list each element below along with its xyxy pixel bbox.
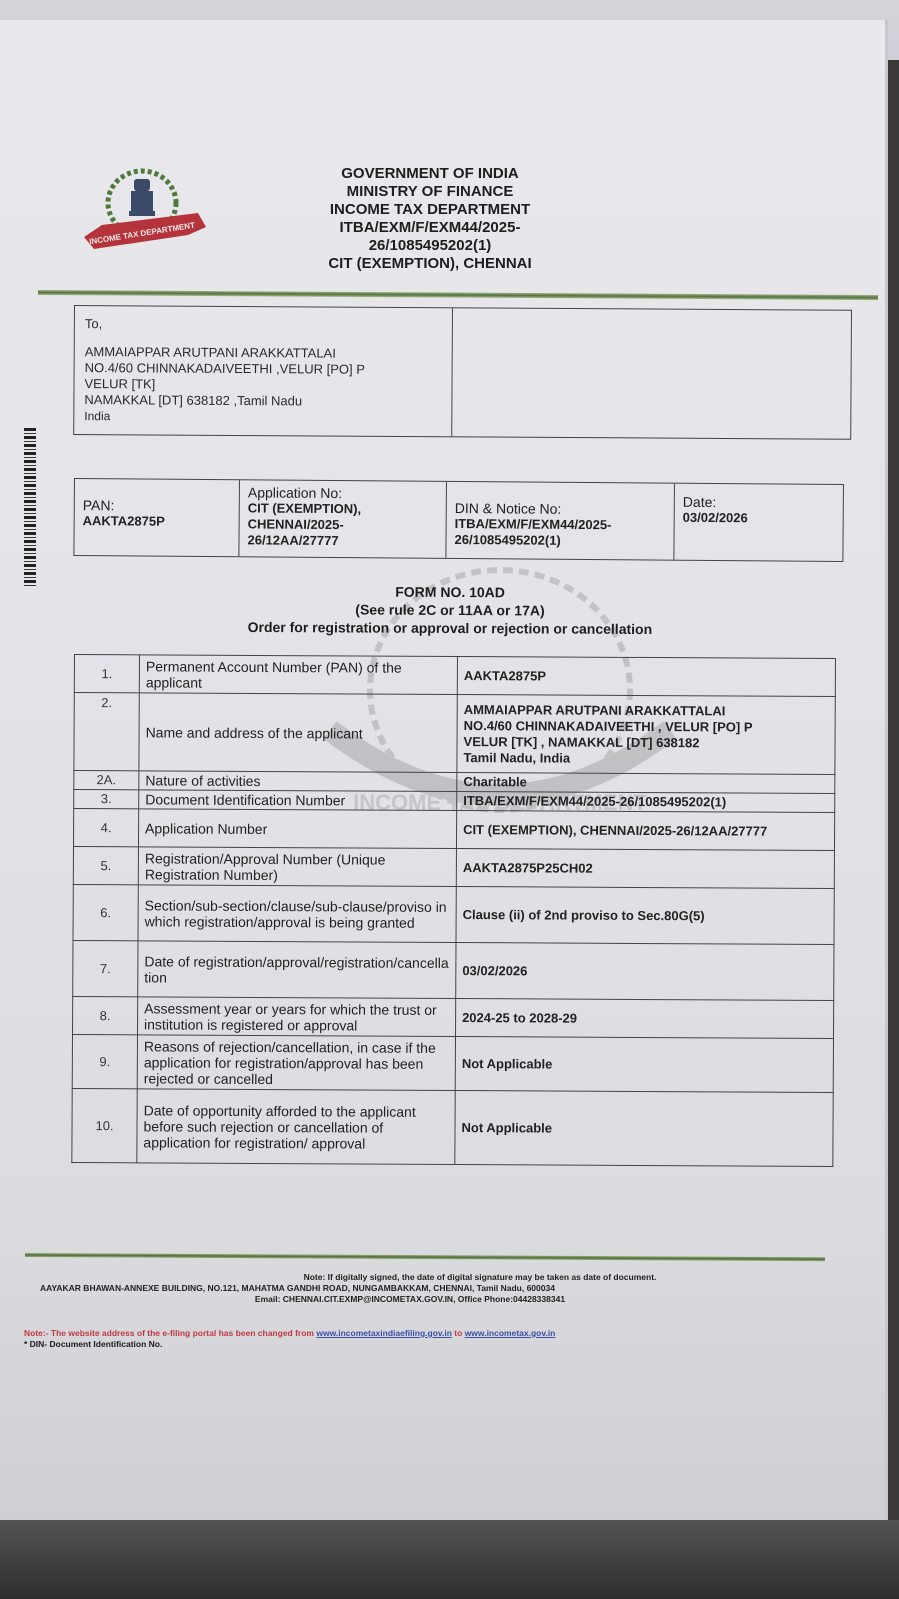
income-tax-emblem-icon: INCOME TAX DEPARTMENT [80, 165, 210, 260]
to-word: to [454, 1328, 462, 1338]
din-footnote: * DIN- Document Identification No. [24, 1339, 744, 1350]
row-value: AAKTA2875P [457, 657, 835, 697]
address-line: India [84, 408, 441, 426]
row-description: Application Number [138, 809, 456, 849]
table-row: 8. Assessment year or years for which th… [73, 996, 834, 1038]
value-line: AMMAIAPPAR ARUTPANI ARAKKATTALAI [464, 702, 829, 720]
recipient-box-empty-cell [452, 308, 851, 438]
table-row: 7. Date of registration/approval/registr… [73, 940, 834, 1000]
header-line-ministry: MINISTRY OF FINANCE [300, 183, 560, 201]
portal-change-note: Note:- The website address of the e-fili… [24, 1328, 744, 1339]
table-row: 4. Application Number CIT (EXEMPTION), C… [73, 809, 834, 851]
table-row: 9. Reasons of rejection/cancellation, in… [72, 1034, 833, 1092]
row-number: 2A. [74, 771, 139, 790]
row-value: AAKTA2875P25CH02 [456, 849, 834, 889]
row-number: 1. [74, 655, 139, 693]
row-number: 5. [73, 847, 138, 885]
pan-label: PAN: [83, 497, 231, 514]
row-description: Registration/Approval Number (Unique Reg… [138, 847, 456, 887]
din-value-line: ITBA/EXM/F/EXM44/2025- [455, 516, 666, 534]
portal-note-text: Note:- The website address of the e-fili… [24, 1328, 314, 1338]
digital-signature-note: Note: If digitally signed, the date of d… [40, 1272, 780, 1283]
application-value-line: 26/12AA/27777 [247, 532, 437, 549]
to-label: To, [85, 316, 442, 334]
portal-notes: Note:- The website address of the e-fili… [24, 1328, 744, 1350]
din-cell: DIN & Notice No: ITBA/EXM/F/EXM44/2025- … [446, 482, 675, 560]
date-value: 03/02/2026 [683, 510, 835, 527]
row-value: 2024-25 to 2028-29 [456, 999, 834, 1039]
row-number: 9. [72, 1034, 137, 1088]
document-header: GOVERNMENT OF INDIA MINISTRY OF FINANCE … [300, 165, 560, 273]
reference-info-box: PAN: AAKTA2875P Application No: CIT (EXE… [73, 478, 844, 562]
row-value: 03/02/2026 [456, 943, 834, 1001]
header-line-office: CIT (EXEMPTION), CHENNAI [300, 255, 560, 273]
table-row: 2. Name and address of the applicant AMM… [74, 693, 835, 775]
table-row: 5. Registration/Approval Number (Unique … [73, 847, 834, 889]
application-value-line: CIT (EXEMPTION), [248, 500, 438, 517]
application-cell: Application No: CIT (EXEMPTION), CHENNAI… [239, 480, 447, 558]
header-line-government: GOVERNMENT OF INDIA [300, 165, 560, 183]
form-subtitle: Order for registration or approval or re… [200, 618, 700, 639]
row-value: ITBA/EXM/F/EXM44/2025-26/1085495202(1) [457, 792, 835, 813]
row-description: Name and address of the applicant [139, 693, 457, 773]
form-heading: FORM NO. 10AD (See rule 2C or 11AA or 17… [200, 582, 700, 639]
recipient-address: To, AMMAIAPPAR ARUTPANI ARAKKATTALAI NO.… [74, 306, 453, 436]
value-line: VELUR [TK] , NAMAKKAL [DT] 638182 [464, 734, 829, 752]
office-address: AAYAKAR BHAWAN-ANNEXE BUILDING, NO.121, … [40, 1283, 780, 1294]
header-line-ref-1: ITBA/EXM/F/EXM44/2025- [300, 219, 560, 237]
table-row: 6. Section/sub-section/clause/sub-clause… [73, 884, 834, 944]
row-value: CIT (EXEMPTION), CHENNAI/2025-26/12AA/27… [456, 811, 834, 851]
date-label: Date: [683, 494, 835, 511]
row-description: Section/sub-section/clause/sub-clause/pr… [138, 885, 456, 943]
row-number: 6. [73, 884, 138, 940]
row-description: Reasons of rejection/cancellation, in ca… [137, 1035, 455, 1091]
row-value: Not Applicable [455, 1037, 833, 1093]
table-row: 10. Date of opportunity afforded to the … [72, 1088, 833, 1166]
recipient-box: To, AMMAIAPPAR ARUTPANI ARAKKATTALAI NO.… [73, 305, 852, 440]
din-value-line: 26/1085495202(1) [454, 532, 665, 550]
pan-cell: PAN: AAKTA2875P [74, 479, 240, 556]
order-details-table: 1. Permanent Account Number (PAN) of the… [71, 654, 836, 1167]
application-label: Application No: [248, 484, 438, 501]
row-number: 10. [72, 1088, 137, 1162]
header-line-department: INCOME TAX DEPARTMENT [300, 201, 560, 219]
row-number: 3. [74, 790, 139, 809]
row-description: Document Identification Number [139, 790, 457, 811]
value-line: NO.4/60 CHINNAKADAIVEETHI , VELUR [PO] P [464, 718, 829, 736]
office-contact: Email: CHENNAI.CIT.EXMP@INCOMETAX.GOV.IN… [40, 1294, 780, 1305]
new-portal-link[interactable]: www.incometax.gov.in [465, 1328, 556, 1338]
row-description: Date of opportunity afforded to the appl… [137, 1089, 455, 1165]
row-description: Assessment year or years for which the t… [138, 997, 456, 1037]
row-number: 4. [73, 809, 138, 847]
header-line-ref-2: 26/1085495202(1) [300, 237, 560, 255]
row-number: 7. [73, 940, 138, 996]
document-footer: Note: If digitally signed, the date of d… [40, 1272, 780, 1305]
row-description: Date of registration/approval/registrati… [138, 941, 456, 999]
date-cell: Date: 03/02/2026 [674, 484, 843, 561]
row-value: Charitable [457, 773, 835, 794]
pan-value: AAKTA2875P [83, 513, 231, 530]
row-description: Permanent Account Number (PAN) of the ap… [139, 655, 457, 695]
old-portal-link[interactable]: www.incometaxindiaefiling.gov.in [316, 1328, 452, 1338]
row-value: AMMAIAPPAR ARUTPANI ARAKKATTALAI NO.4/60… [457, 695, 835, 775]
din-label: DIN & Notice No: [455, 500, 666, 518]
row-number: 2. [74, 693, 139, 771]
application-value-line: CHENNAI/2025- [248, 516, 438, 533]
row-value: Clause (ii) of 2nd proviso to Sec.80G(5) [456, 887, 834, 945]
address-line: NAMAKKAL [DT] 638182 ,Tamil Nadu [84, 392, 441, 410]
table-row: 1. Permanent Account Number (PAN) of the… [74, 655, 835, 697]
row-description: Nature of activities [139, 771, 457, 792]
background-bottom [0, 1520, 899, 1599]
row-number: 8. [73, 996, 138, 1034]
value-line: Tamil Nadu, India [463, 750, 828, 768]
row-value: Not Applicable [455, 1091, 833, 1167]
barcode-strip [24, 428, 36, 588]
